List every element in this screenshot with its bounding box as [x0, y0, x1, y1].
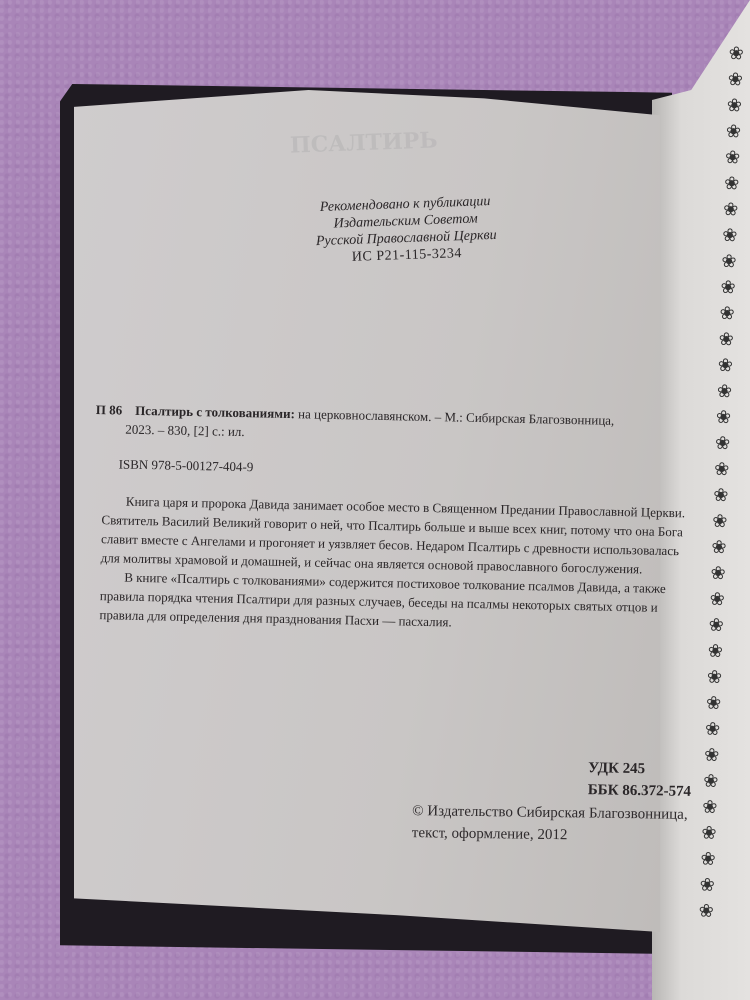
bibliographic-record: П 86 Псалтирь с толкованиями: на церковн…: [91, 400, 696, 637]
isbn: ISBN 978-5-00127-404-9: [94, 454, 694, 486]
copyright-line-2: текст, оформление, 2012: [412, 822, 688, 848]
udk-code: УДК 245: [588, 757, 692, 781]
classification-codes: УДК 245 ББК 86.372-574: [588, 757, 692, 803]
recommendation-block: Рекомендовано к публикации Издательским …: [285, 192, 527, 268]
bbk-code: ББК 86.372-574: [588, 779, 692, 803]
annotation: Книга царя и пророка Давида занимает осо…: [91, 491, 694, 637]
publisher-logo-watermark: ПСАЛТИРЬ: [290, 127, 438, 158]
library-index: П 86: [96, 402, 123, 418]
annotation-paragraph: Книга царя и пророка Давида занимает осо…: [93, 491, 694, 580]
book-title: Псалтирь с толкованиями:: [135, 403, 295, 421]
copyright-notice: © Издательство Сибирская Благозвонница, …: [412, 800, 688, 848]
